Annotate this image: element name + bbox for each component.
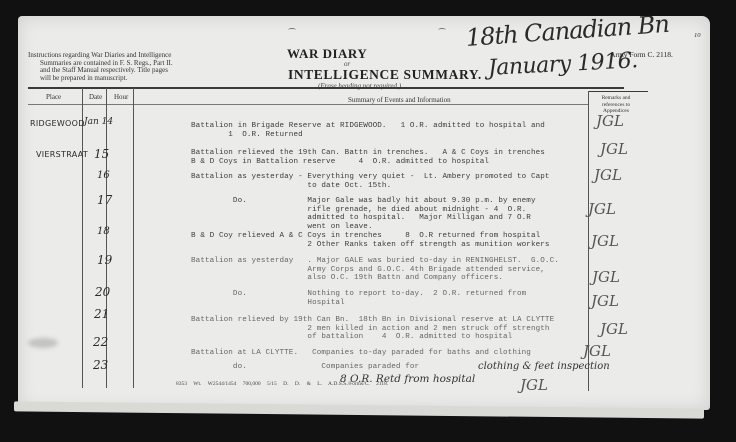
initials-signature: JGL	[600, 140, 628, 158]
column-header-place: Place	[46, 93, 61, 101]
instructions-text: Instructions regarding War Diaries and I…	[28, 52, 210, 82]
date-entry: 18	[97, 226, 110, 237]
column-divider	[82, 88, 83, 388]
date-entry: 19	[97, 253, 112, 267]
header-bottom-rule	[28, 104, 588, 105]
punch-mark	[288, 28, 296, 32]
title-note: (Erase heading not required.)	[318, 82, 401, 90]
entry-text: Battalion at LA CLYTTE. Companies to-day…	[191, 349, 531, 358]
ink-smudge	[28, 338, 58, 348]
column-divider	[133, 88, 134, 388]
initials-signature: JGL	[594, 166, 622, 184]
entry-text: Battalion relieved the 19th Can. Battn i…	[191, 149, 545, 166]
entry-text: Battalion relieved by 19th Can Bn. 18th …	[191, 316, 554, 342]
entry-text: Battalion as yesterday - Everything very…	[191, 173, 550, 190]
date-entry: 23	[93, 358, 108, 372]
date-entry: 15	[94, 147, 109, 161]
page-number: 10	[694, 32, 701, 39]
place-vierstraat: VIERSTRAAT	[36, 150, 88, 159]
date-entry: 21	[94, 307, 109, 321]
date-entry: 22	[93, 335, 108, 349]
title-war-diary: WAR DIARY	[287, 46, 367, 62]
footer-print-line: 8353 Wt. W2544/1454 700,000 5/15 D. D. &…	[176, 381, 388, 387]
entry-text: do. Companies paraded for	[191, 363, 419, 372]
initials-signature: JGL	[583, 342, 611, 360]
initials-signature: JGL	[592, 268, 620, 286]
date-entry: 20	[95, 285, 110, 299]
instructions-line: will be prepared in manuscript.	[28, 75, 210, 83]
date-entry: 17	[97, 193, 112, 207]
entry-text: B & D Coy relieved A & C Coys in trenche…	[191, 232, 550, 249]
initials-signature: JGL	[588, 200, 616, 218]
column-header-summary: Summary of Events and Information	[348, 96, 451, 104]
date-entry: Jan 14	[84, 117, 113, 127]
place-ridgewood: RIDGEWOOD	[30, 119, 85, 128]
column-header-hour: Hour	[114, 93, 128, 101]
header-top-rule	[28, 87, 624, 89]
initials-signature: JGL	[600, 320, 628, 338]
punch-mark	[438, 28, 446, 32]
entry-text: Do. Nothing to report to-day. 2 O.R. ret…	[191, 290, 526, 307]
initials-signature: JGL	[596, 112, 624, 130]
entry-text: Battalion as yesterday . Major GALE was …	[191, 257, 559, 283]
remarks-top-rule	[588, 91, 648, 92]
initials-signature: JGL	[591, 232, 619, 250]
handwritten-continuation: clothing & feet inspection	[478, 361, 610, 372]
initials-signature: JGL	[591, 292, 619, 310]
date-entry: 16	[97, 170, 110, 181]
entry-text: Do. Major Gale was badly hit about 9.30 …	[191, 197, 536, 231]
initials-signature: JGL	[520, 376, 548, 394]
column-header-date: Date	[89, 93, 102, 101]
army-form-number: Army Form C. 2118.	[610, 50, 673, 59]
title-intelligence-summary: INTELLIGENCE SUMMARY.	[288, 67, 482, 83]
entry-text: Battalion in Brigade Reserve at RIDGEWOO…	[191, 122, 545, 139]
